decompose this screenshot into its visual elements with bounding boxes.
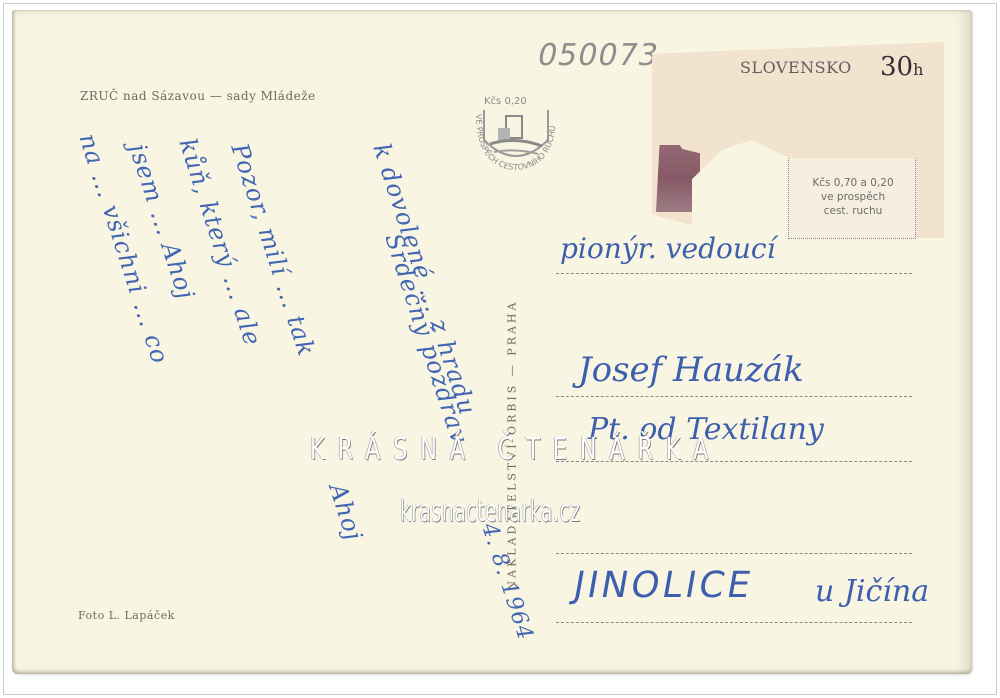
- stamp-country: SLOVENSKO: [740, 58, 852, 77]
- postcard-caption: ZRUČ nad Sázavou — sady Mládeže: [80, 89, 316, 103]
- address-line: [556, 273, 912, 274]
- pencil-catalog-number: 050073: [534, 38, 662, 73]
- address-city: JINOLICE: [570, 565, 756, 606]
- address-line-4: u Jičína: [815, 574, 929, 609]
- watermark-url: krasnactenarka.cz: [400, 494, 581, 529]
- address-recipient: Josef Hauzák: [578, 350, 804, 390]
- svg-text:VE PROSPĚCH CESTOVNÍHO RUCHU: VE PROSPĚCH CESTOVNÍHO RUCHU: [474, 114, 558, 172]
- stamp-note: Kčs 0,70 a 0,20 ve prospěch cest. ruchu: [792, 176, 914, 218]
- tourism-cachet: Kčs 0,20 VE PROSPĚCH CESTOVNÍHO RUCHU: [470, 92, 562, 172]
- watermark-title: KRÁSNÁ ČTENÁŘKA: [310, 432, 721, 467]
- photo-credit: Foto L. Lapáček: [78, 609, 175, 622]
- address-line: [556, 396, 912, 397]
- svg-text:Kčs 0,20: Kčs 0,20: [484, 95, 527, 107]
- address-line: [556, 622, 912, 623]
- address-line: [556, 553, 912, 554]
- castle-cachet-icon: Kčs 0,20 VE PROSPĚCH CESTOVNÍHO RUCHU: [470, 92, 562, 172]
- stamp-value: 30h: [880, 52, 923, 82]
- address-line-1: pionýr. vedoucí: [560, 232, 776, 265]
